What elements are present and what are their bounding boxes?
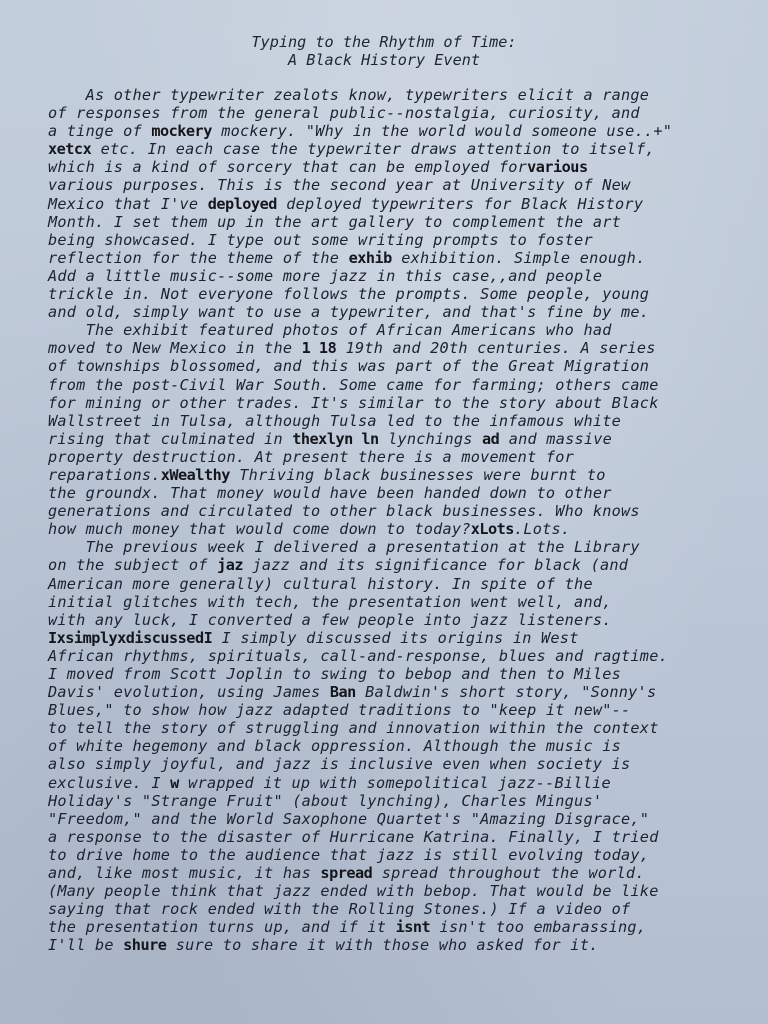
- text-line: Blues," to show how jazz adapted traditi…: [48, 701, 748, 719]
- text-line: African rhythms, spirituals, call-and-re…: [48, 647, 748, 665]
- document-title: Typing to the Rhythm of Time: A Black Hi…: [0, 33, 768, 69]
- title-line-2: A Black History Event: [0, 51, 768, 69]
- text-line: The exhibit featured photos of African A…: [48, 321, 748, 339]
- text-line: initial glitches with tech, the presenta…: [48, 593, 748, 611]
- struck-over-text: isnt: [396, 918, 431, 936]
- text-line: and old, simply want to use a typewriter…: [48, 303, 748, 321]
- text-line: Holiday's "Strange Fruit" (about lynchin…: [48, 792, 748, 810]
- text-line: American more generally) cultural histor…: [48, 575, 748, 593]
- struck-over-text: shure: [123, 936, 166, 954]
- text-line: on the subject of jaz jazz and its signi…: [48, 556, 748, 574]
- struck-over-text: various: [527, 158, 588, 176]
- text-line: moved to New Mexico in the 1 18 19th and…: [48, 339, 748, 357]
- text-line: for mining or other trades. It's similar…: [48, 394, 748, 412]
- text-line: the presentation turns up, and if it isn…: [48, 918, 748, 936]
- text-line: being showcased. I type out some writing…: [48, 231, 748, 249]
- text-line: also simply joyful, and jazz is inclusiv…: [48, 755, 748, 773]
- text-line: how much money that would come down to t…: [48, 520, 748, 538]
- text-line: of responses from the general public--no…: [48, 104, 748, 122]
- text-line: of townships blossomed, and this was par…: [48, 357, 748, 375]
- struck-over-text: deployed: [208, 195, 277, 213]
- text-line: Wallstreet in Tulsa, although Tulsa led …: [48, 412, 748, 430]
- text-line: generations and circulated to other blac…: [48, 502, 748, 520]
- text-line: trickle in. Not everyone follows the pro…: [48, 285, 748, 303]
- text-line: saying that rock ended with the Rolling …: [48, 900, 748, 918]
- struck-over-text: spread: [320, 864, 372, 882]
- text-line: Mexico that I've deployed deployed typew…: [48, 195, 748, 213]
- text-line: reparations.xWealthy Thriving black busi…: [48, 466, 748, 484]
- text-line: "Freedom," and the World Saxophone Quart…: [48, 810, 748, 828]
- text-line: rising that culminated in thexlyn ln lyn…: [48, 430, 748, 448]
- struck-over-text: w: [170, 774, 179, 792]
- struck-over-text: exhib: [349, 249, 392, 267]
- struck-over-text: xLots: [471, 520, 514, 538]
- struck-over-text: xetcx: [48, 140, 91, 158]
- text-line: xetcx etc. In each case the typewriter d…: [48, 140, 748, 158]
- text-line: to tell the story of struggling and inno…: [48, 719, 748, 737]
- text-line: reflection for the theme of the exhib ex…: [48, 249, 748, 267]
- text-line: exclusive. I w wrapped it up with somepo…: [48, 774, 748, 792]
- text-line: I'll be shure sure to share it with thos…: [48, 936, 748, 954]
- struck-over-text: mockery: [151, 122, 212, 140]
- text-line: of white hegemony and black oppression. …: [48, 737, 748, 755]
- text-line: and, like most music, it has spread spre…: [48, 864, 748, 882]
- struck-over-text: jaz: [217, 556, 243, 574]
- text-line: As other typewriter zealots know, typewr…: [48, 86, 748, 104]
- document-body: As other typewriter zealots know, typewr…: [48, 86, 748, 955]
- text-line: Davis' evolution, using James Ban Baldwi…: [48, 683, 748, 701]
- text-line: from the post-Civil War South. Some came…: [48, 376, 748, 394]
- struck-over-text: 1 18: [302, 339, 337, 357]
- text-line: which is a kind of sorcery that can be e…: [48, 158, 748, 176]
- text-line: the groundx. That money would have been …: [48, 484, 748, 502]
- struck-over-text: IxsimplyxdiscussedI: [48, 629, 212, 647]
- title-line-1: Typing to the Rhythm of Time:: [0, 33, 768, 51]
- text-line: property destruction. At present there i…: [48, 448, 748, 466]
- struck-over-text: xWealthy: [161, 466, 230, 484]
- text-line: IxsimplyxdiscussedI I simply discussed i…: [48, 629, 748, 647]
- text-line: with any luck, I converted a few people …: [48, 611, 748, 629]
- struck-over-text: ad: [482, 430, 499, 448]
- text-line: Add a little music--some more jazz in th…: [48, 267, 748, 285]
- text-line: to drive home to the audience that jazz …: [48, 846, 748, 864]
- text-line: Month. I set them up in the art gallery …: [48, 213, 748, 231]
- typewritten-page: Typing to the Rhythm of Time: A Black Hi…: [0, 0, 768, 1024]
- text-line: a tinge of mockery mockery. "Why in the …: [48, 122, 748, 140]
- text-line: (Many people think that jazz ended with …: [48, 882, 748, 900]
- text-line: a response to the disaster of Hurricane …: [48, 828, 748, 846]
- text-line: I moved from Scott Joplin to swing to be…: [48, 665, 748, 683]
- struck-over-text: Ban: [330, 683, 356, 701]
- text-line: The previous week I delivered a presenta…: [48, 538, 748, 556]
- struck-over-text: thexlyn ln: [292, 430, 378, 448]
- text-line: various purposes. This is the second yea…: [48, 176, 748, 194]
